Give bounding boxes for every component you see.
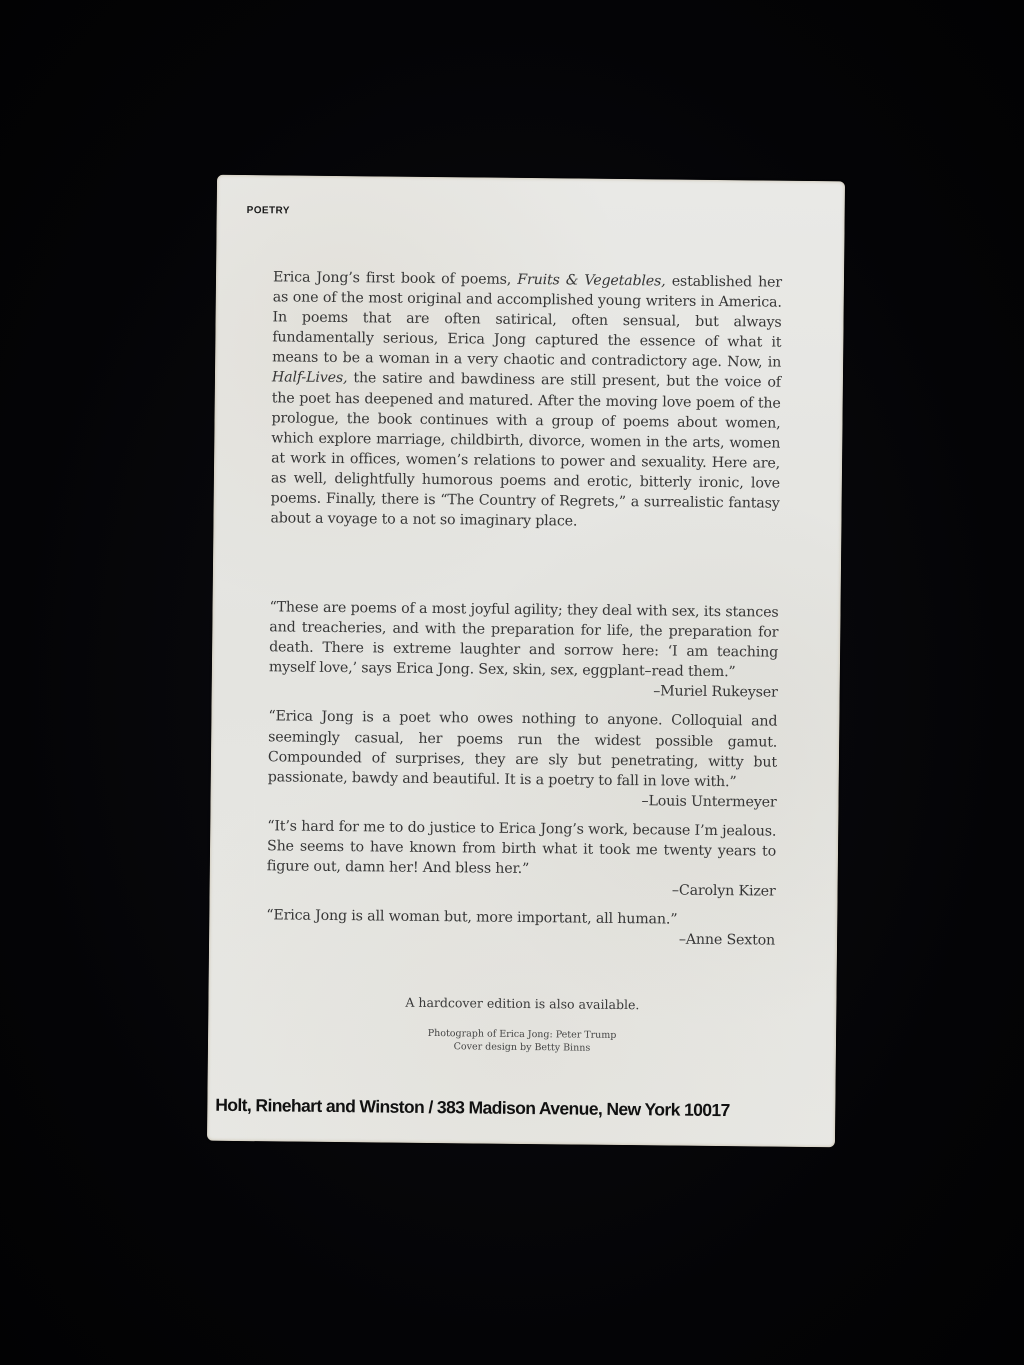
credits: Photograph of Erica Jong: Peter Trump Co… [208,1025,836,1058]
category-label: POETRY [247,205,290,216]
quote-author: –Carolyn Kizer [267,877,776,902]
quote-text: “Erica Jong is all woman but, more impor… [266,908,677,928]
description-text: the satire and bawdiness are still prese… [270,371,781,530]
book-title-half-lives: Half-Lives, [272,370,348,387]
quote-text: “These are poems of a most joyful agilit… [269,599,779,680]
review-quote: “Erica Jong is a poet who owes nothing t… [267,707,777,813]
book-title-fruits-vegetables: Fruits & Vegetables, [517,272,665,290]
edition-note: A hardcover edition is also available. [208,993,836,1015]
photo-background: POETRY Erica Jong’s first book of poems,… [0,0,1024,1365]
quote-author: –Anne Sexton [266,926,775,951]
review-quote: “These are poems of a most joyful agilit… [269,597,779,703]
description-text: established her as one of the most origi… [272,273,782,371]
review-quote: “Erica Jong is all woman but, more impor… [266,906,775,952]
book-back-cover: POETRY Erica Jong’s first book of poems,… [207,175,845,1148]
review-quotes: “These are poems of a most joyful agilit… [266,597,779,960]
quote-text: “It’s hard for me to do justice to Erica… [267,818,777,877]
quote-author: –Muriel Rukeyser [269,678,778,703]
book-description: Erica Jong’s first book of poems, Fruits… [270,267,782,534]
review-quote: “It’s hard for me to do justice to Erica… [267,816,777,902]
publisher-imprint: Holt, Rinehart and Winston / 383 Madison… [215,1095,730,1121]
quote-text: “Erica Jong is a poet who owes nothing t… [268,709,778,790]
description-text: Erica Jong’s first book of poems, [273,269,517,288]
quote-author: –Louis Untermeyer [641,791,776,813]
